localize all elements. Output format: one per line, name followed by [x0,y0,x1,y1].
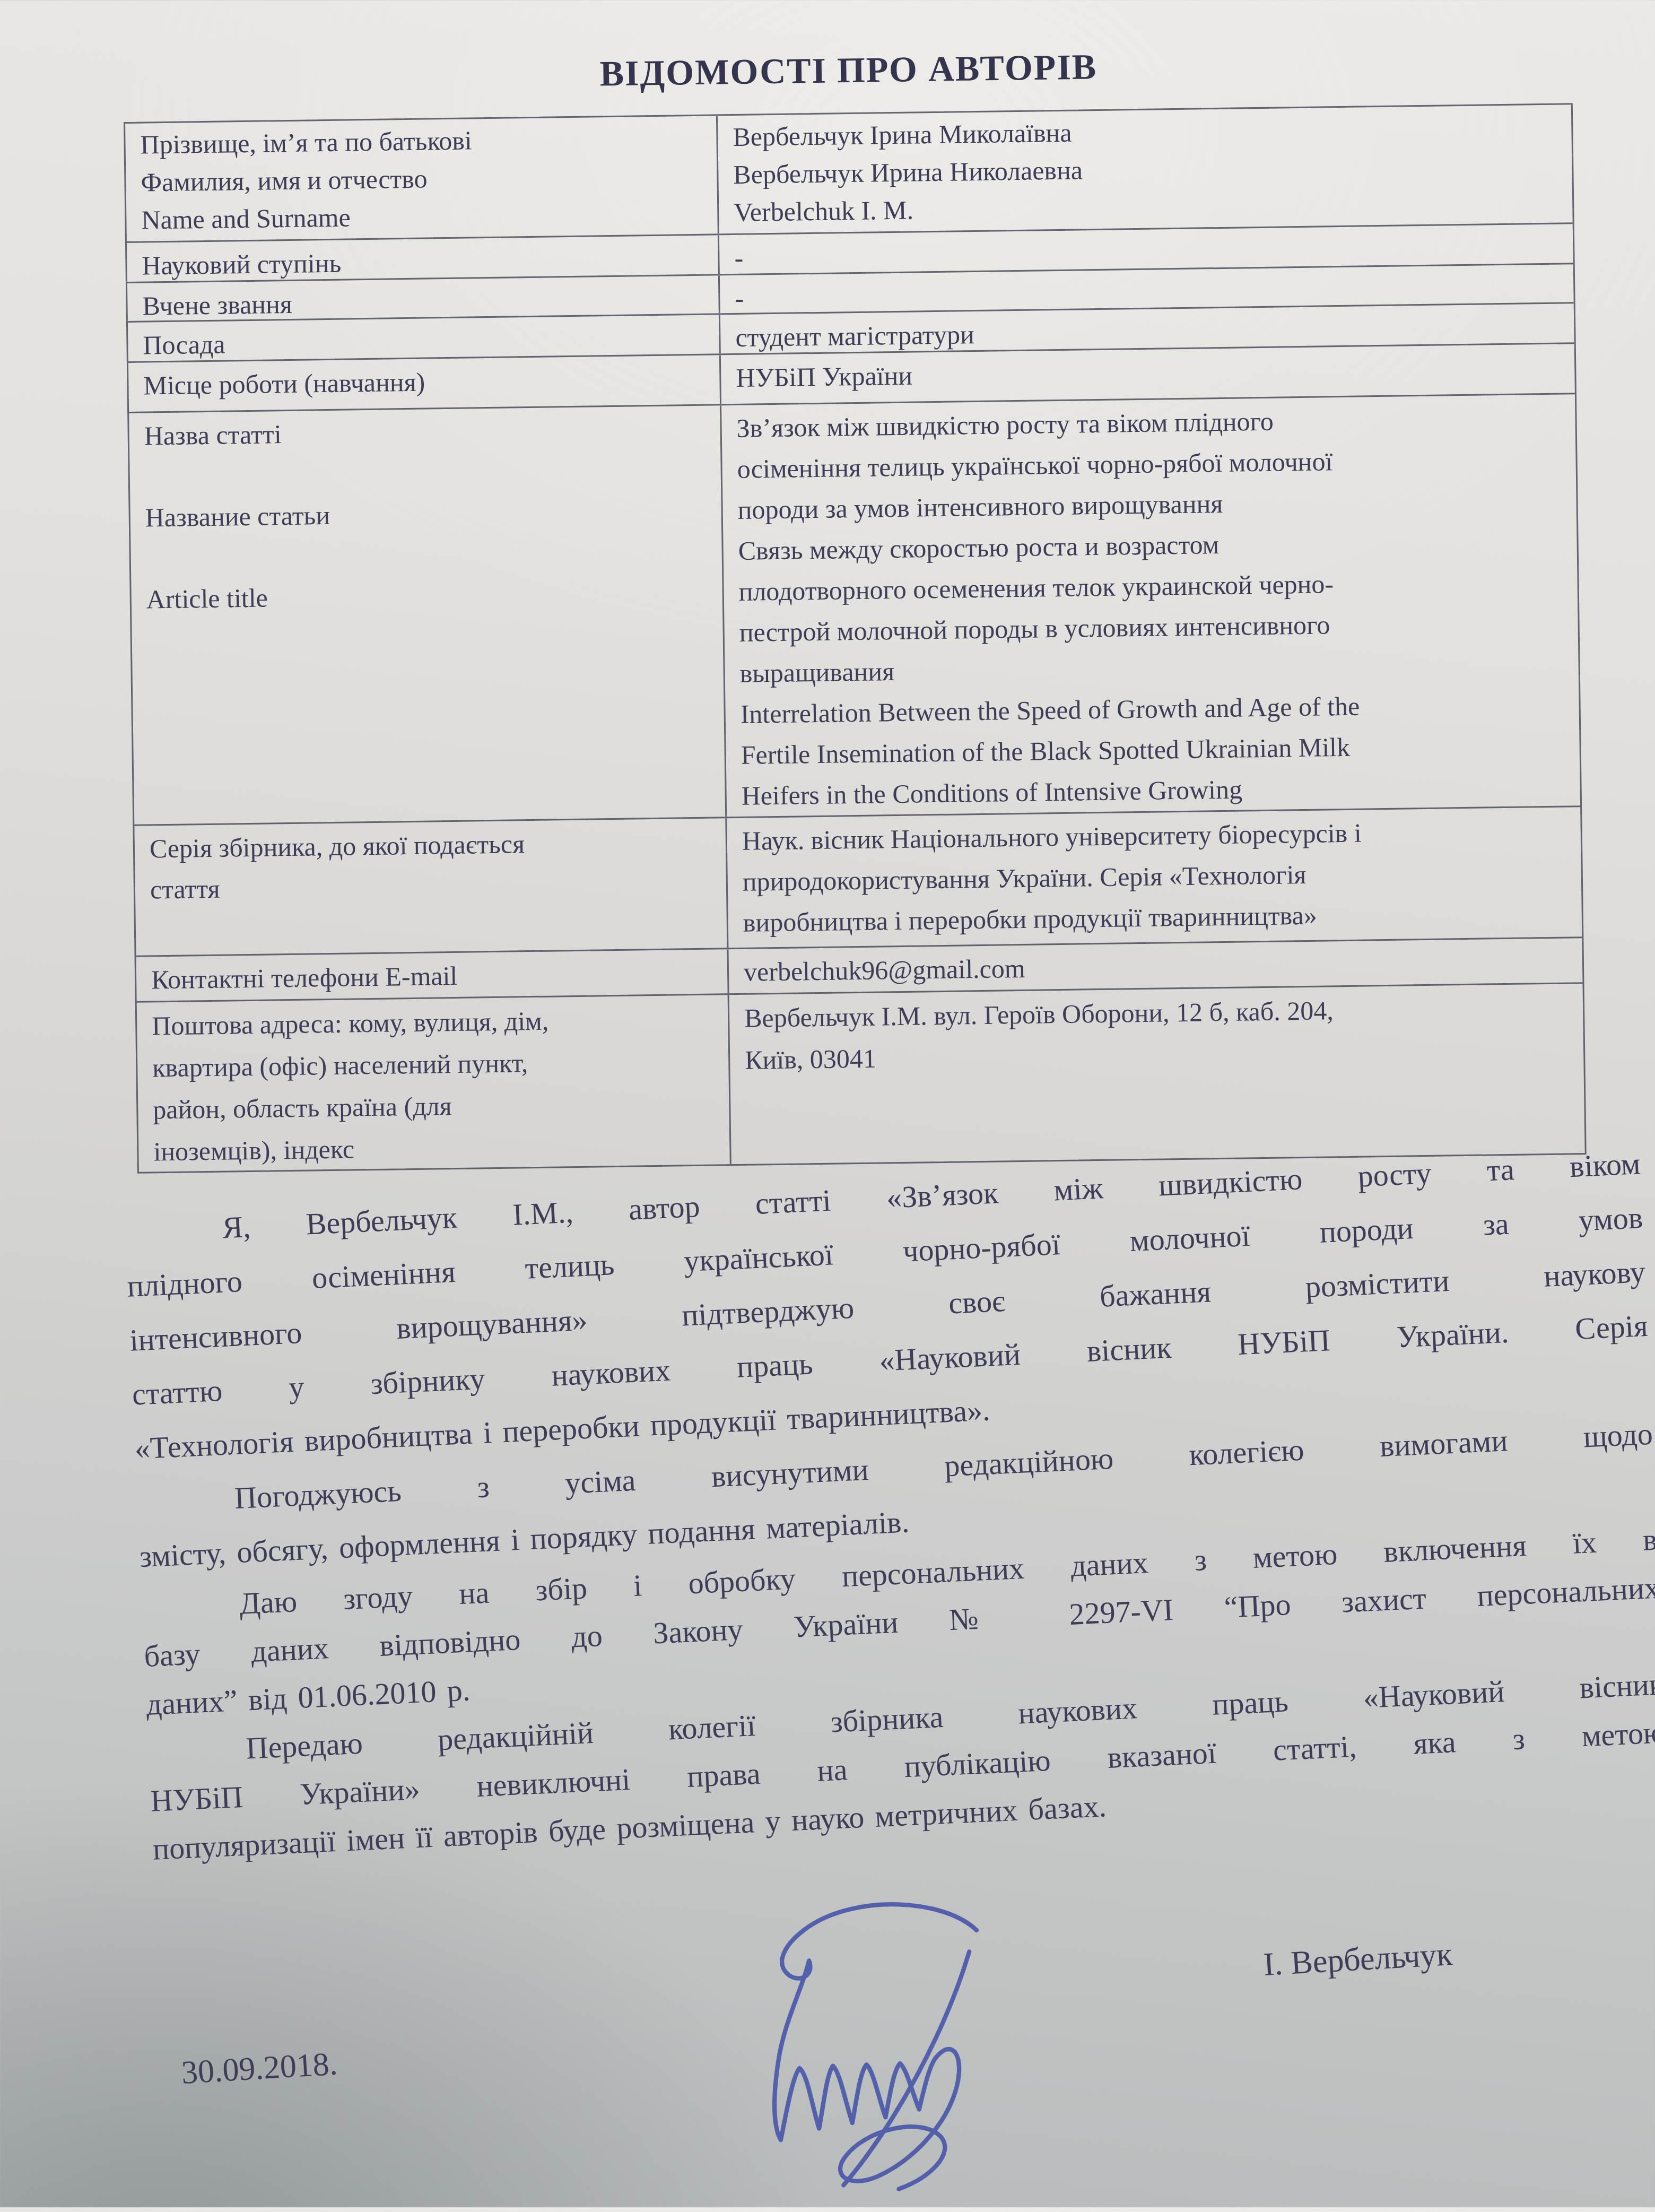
table-row: Серія збірника, до якої подається стаття… [134,805,1582,956]
page-title: ВІДОМОСТІ ПРО АВТОРІВ [124,39,1573,101]
row-value: Вербельчук І.М. вул. Героїв Оборони, 12 … [729,984,1585,1164]
row-label: Поштова адреса: кому, вулиця, дім, кварт… [137,995,731,1172]
table-row: Поштова адреса: кому, вулиця, дім, кварт… [137,982,1585,1172]
row-label: Посада [128,315,721,361]
row-value: Наук. вісник Національного університету … [727,807,1582,948]
signature-scribble [615,1874,1076,2207]
signature-name: І. Вербельчук [1262,1936,1453,1984]
row-value: Зв’язок між швидкістю росту та віком плі… [721,394,1580,817]
authors-table: Прізвище, ім’я та по батькові Фамилия, и… [124,103,1587,1174]
row-label: Серія збірника, до якої подається стаття [134,818,728,956]
row-label: Науковий ступінь [127,235,720,282]
row-label: Вчене звання [127,275,720,321]
signature-date: 30.09.2018. [180,2045,338,2092]
row-label: Контактні телефони E-mail [136,949,729,1001]
row-value: Вербельчук Ірина Миколаївна Вербельчук И… [718,105,1573,233]
row-label: Місце роботи (навчання) [128,355,721,412]
paper-photo: ВІДОМОСТІ ПРО АВТОРІВ Прізвище, ім’я та … [0,0,1655,2207]
row-label: Назва статті Название статьи Article tit… [129,405,727,825]
table-row: Прізвище, ім’я та по батькові Фамилия, и… [125,105,1573,241]
statement-text: Я, Вербельчук І.М., автор статті «Зв’язо… [124,1137,1655,1873]
row-label: Прізвище, ім’я та по батькові Фамилия, и… [125,116,719,241]
table-row: Назва статті Название статьи Article tit… [129,393,1580,825]
